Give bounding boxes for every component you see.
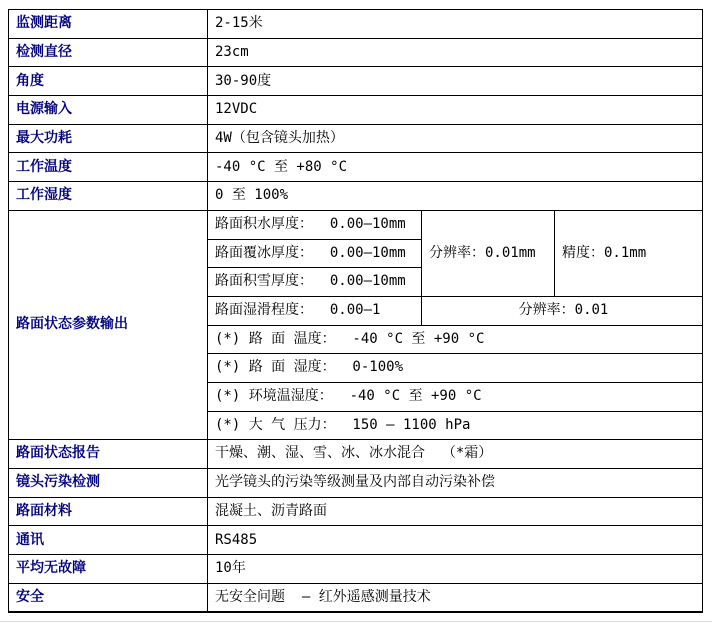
safety-label: 安全 [9,583,208,612]
safety-value: 无安全问题 – 红外遥感测量技术 [208,583,703,612]
page-divider-line [0,621,712,622]
snow-depth-value: 路面积雪厚度： 0.00—10mm [208,268,422,297]
road-condition-parameter-output-label: 路面状态参数输出 [9,210,208,440]
row-max-power: 最大功耗 4W（包含镜头加热） [9,124,703,153]
slip-resolution-cell: 分辨率：0.01 [422,296,703,325]
power-input-value: 12VDC [208,96,703,125]
detection-diameter-label: 检测直径 [9,38,208,67]
power-input-label: 电源输入 [9,96,208,125]
row-water-depth: 路面状态参数输出 路面积水厚度： 0.00—10mm 分辨率：0.01mm 精度… [9,210,703,239]
road-temperature-value: (*) 路 面 温度： -40 °C 至 +90 °C [208,325,703,354]
row-power-input: 电源输入 12VDC [9,96,703,125]
angle-label: 角度 [9,67,208,96]
max-power-label: 最大功耗 [9,124,208,153]
row-road-material: 路面材料 混凝土、沥青路面 [9,497,703,526]
mtbf-value: 10年 [208,555,703,584]
lens-contamination-detection-label: 镜头污染检测 [9,469,208,498]
road-material-value: 混凝土、沥青路面 [208,497,703,526]
row-monitoring-distance: 监测距离 2-15米 [9,10,703,39]
ice-depth-value: 路面覆冰厚度： 0.00—10mm [208,239,422,268]
communication-label: 通讯 [9,526,208,555]
slipperiness-value: 路面湿滑程度： 0.00—1 [208,296,422,325]
angle-value: 30-90度 [208,67,703,96]
accuracy-mm-cell: 精度：0.1mm [555,210,703,296]
detection-diameter-value: 23cm [208,38,703,67]
row-operating-temperature: 工作温度 -40 °C 至 +80 °C [9,153,703,182]
mtbf-label: 平均无故障 [9,555,208,584]
road-condition-report-value: 干燥、潮、湿、雪、冰、冰水混合 （*霜） [208,440,703,469]
row-operating-humidity: 工作湿度 0 至 100% [9,182,703,211]
lens-contamination-detection-value: 光学镜头的污染等级测量及内部自动污染补偿 [208,469,703,498]
water-depth-value: 路面积水厚度： 0.00—10mm [208,210,422,239]
operating-humidity-value: 0 至 100% [208,182,703,211]
road-material-label: 路面材料 [9,497,208,526]
specification-table: 监测距离 2-15米 检测直径 23cm 角度 30-90度 电源输入 12VD… [8,9,703,613]
monitoring-distance-value: 2-15米 [208,10,703,39]
communication-value: RS485 [208,526,703,555]
operating-temperature-value: -40 °C 至 +80 °C [208,153,703,182]
row-angle: 角度 30-90度 [9,67,703,96]
row-communication: 通讯 RS485 [9,526,703,555]
row-mtbf: 平均无故障 10年 [9,555,703,584]
monitoring-distance-label: 监测距离 [9,10,208,39]
row-detection-diameter: 检测直径 23cm [9,38,703,67]
road-humidity-value: (*) 路 面 湿度： 0-100% [208,354,703,383]
operating-humidity-label: 工作湿度 [9,182,208,211]
row-road-condition-report: 路面状态报告 干燥、潮、湿、雪、冰、冰水混合 （*霜） [9,440,703,469]
resolution-mm-cell: 分辨率：0.01mm [422,210,555,296]
road-condition-report-label: 路面状态报告 [9,440,208,469]
max-power-value: 4W（包含镜头加热） [208,124,703,153]
atmospheric-pressure-value: (*) 大 气 压力： 150 – 1100 hPa [208,411,703,440]
row-lens-contamination-detection: 镜头污染检测 光学镜头的污染等级测量及内部自动污染补偿 [9,469,703,498]
row-safety: 安全 无安全问题 – 红外遥感测量技术 [9,583,703,612]
operating-temperature-label: 工作温度 [9,153,208,182]
ambient-temp-humidity-value: (*) 环境温湿度： -40 °C 至 +90 °C [208,382,703,411]
